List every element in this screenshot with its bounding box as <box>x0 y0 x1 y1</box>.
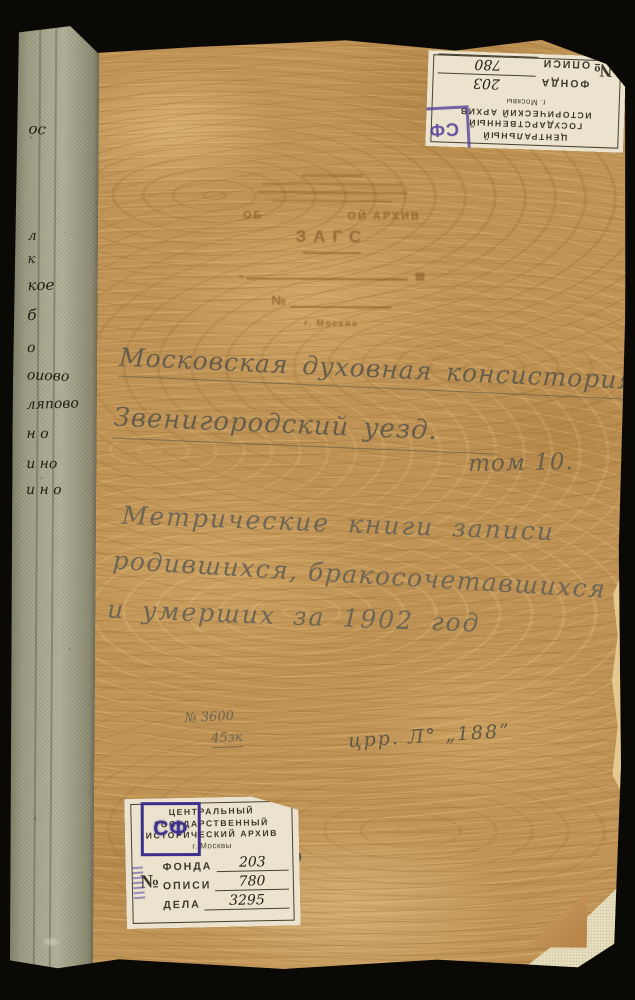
pencil-note-sub: 45зк <box>211 730 243 748</box>
delo-row-value: 3295 <box>439 35 550 55</box>
number-symbol: № <box>589 40 617 98</box>
spine-handwriting-fragment: оиово <box>27 367 70 385</box>
spine-handwriting-fragment: ляпово <box>26 395 79 412</box>
delo-row: ДЕЛА 3295 <box>163 889 289 911</box>
faded-zags-stamp: ОБ ОЙ АРХИВ ЗАГС „ № г. Москва <box>236 167 427 323</box>
sf-ink-stamp: СФ <box>417 105 471 154</box>
stamp-rule <box>303 252 361 254</box>
fond-table: № ФОНДА 203 ОПИСИ 780 ДЕЛА 3295 <box>437 35 617 98</box>
handwritten-volume: том 10. <box>468 449 574 477</box>
opis-row-label: ОПИСИ <box>163 879 216 892</box>
spine-handwriting-fragment: ос <box>28 120 46 139</box>
handwritten-subtitle-line3: и умерших за 1902 год <box>107 595 481 638</box>
cover-front: ЦЕНТРАЛЬНЫЙ ГОСУДАРСТВЕННЫЙ ИСТОРИЧЕСКИЙ… <box>93 24 628 974</box>
faded-archive-words: ОБ ОЙ АРХИВ <box>237 209 427 222</box>
faded-stamp-line <box>262 182 402 185</box>
torn-top-edge <box>99 24 627 43</box>
archive-label-bottom: ЦЕНТРАЛЬНЫЙ ГОСУДАРСТВЕННЫЙ ИСТОРИЧЕСКИЙ… <box>124 795 301 929</box>
fond-row-value: 203 <box>437 73 536 92</box>
spine-handwriting-fragment: кое <box>27 276 54 295</box>
fond-table: № ФОНДА 203 ОПИСИ 780 ДЕЛА 3295 <box>136 851 289 911</box>
pencil-note-right: црр. Л° „188” <box>348 720 512 752</box>
spine-handwriting-fragment: л <box>28 228 37 244</box>
pencil-note-number: № 3600 <box>184 709 234 726</box>
stamp-city: г. Москва <box>236 317 426 328</box>
stamp-rule <box>290 306 392 308</box>
spine-handwriting-fragment: к <box>28 252 36 267</box>
opis-row: ОПИСИ 780 <box>163 870 289 892</box>
faded-stamp-line <box>272 199 392 202</box>
stamp-rule <box>246 277 408 280</box>
handwritten-subtitle-line1: Метрические книги записи <box>121 501 555 547</box>
faded-word-left: ОБ <box>243 209 264 221</box>
stamp-mark <box>416 272 425 280</box>
delo-row-label: ДЕЛА <box>549 38 591 51</box>
opis-row-value: 780 <box>215 874 289 891</box>
handwritten-title-line2: Звенигородский уезд. <box>113 403 501 455</box>
spine-handwriting-fragment: б <box>27 306 36 324</box>
faded-stamp-line <box>302 174 362 177</box>
quote-mark: „ <box>239 267 247 279</box>
sf-ink-stamp: СФ <box>141 802 201 856</box>
spine-handwriting-fragment: н о <box>26 426 48 442</box>
fond-row: ФОНДА 203 <box>437 73 590 97</box>
fond-row-label: ФОНДА <box>535 76 589 90</box>
stamp-blank-line: „ <box>237 267 427 280</box>
faded-word-right: ОЙ АРХИВ <box>347 210 421 223</box>
handwritten-title-line1: Московская духовная консистория <box>118 343 635 401</box>
archive-label-top: ЦЕНТРАЛЬНЫЙ ГОСУДАРСТВЕННЫЙ ИСТОРИЧЕСКИЙ… <box>425 50 626 153</box>
faded-stamp-line <box>257 191 407 195</box>
fond-row-value: 203 <box>216 855 289 872</box>
number-symbol: № <box>271 292 290 307</box>
zags-title: ЗАГС <box>237 226 427 247</box>
spine-handwriting-fragment: и но <box>26 456 57 472</box>
book-spine: ос л к кое б о оиово ляпово н о и но и н… <box>9 24 100 971</box>
torn-paper-flap <box>525 891 587 947</box>
book: ос л к кое б о оиово ляпово н о и но и н… <box>9 24 628 974</box>
torn-right-edge <box>610 568 624 793</box>
spine-handwriting-fragment: о <box>27 340 36 356</box>
delo-row-value: 3295 <box>205 893 290 910</box>
stamp-number-line: № <box>271 292 391 308</box>
spine-handwriting-fragment: и н о <box>26 482 62 498</box>
opis-row-label: ОПИСИ <box>538 57 591 71</box>
opis-row-value: 780 <box>438 54 538 73</box>
delo-row-label: ДЕЛА <box>163 898 205 911</box>
handwritten-subtitle-line2: родившихся, бракосочетавшихся <box>112 546 607 604</box>
fond-row-label: ФОНДА <box>162 860 216 873</box>
